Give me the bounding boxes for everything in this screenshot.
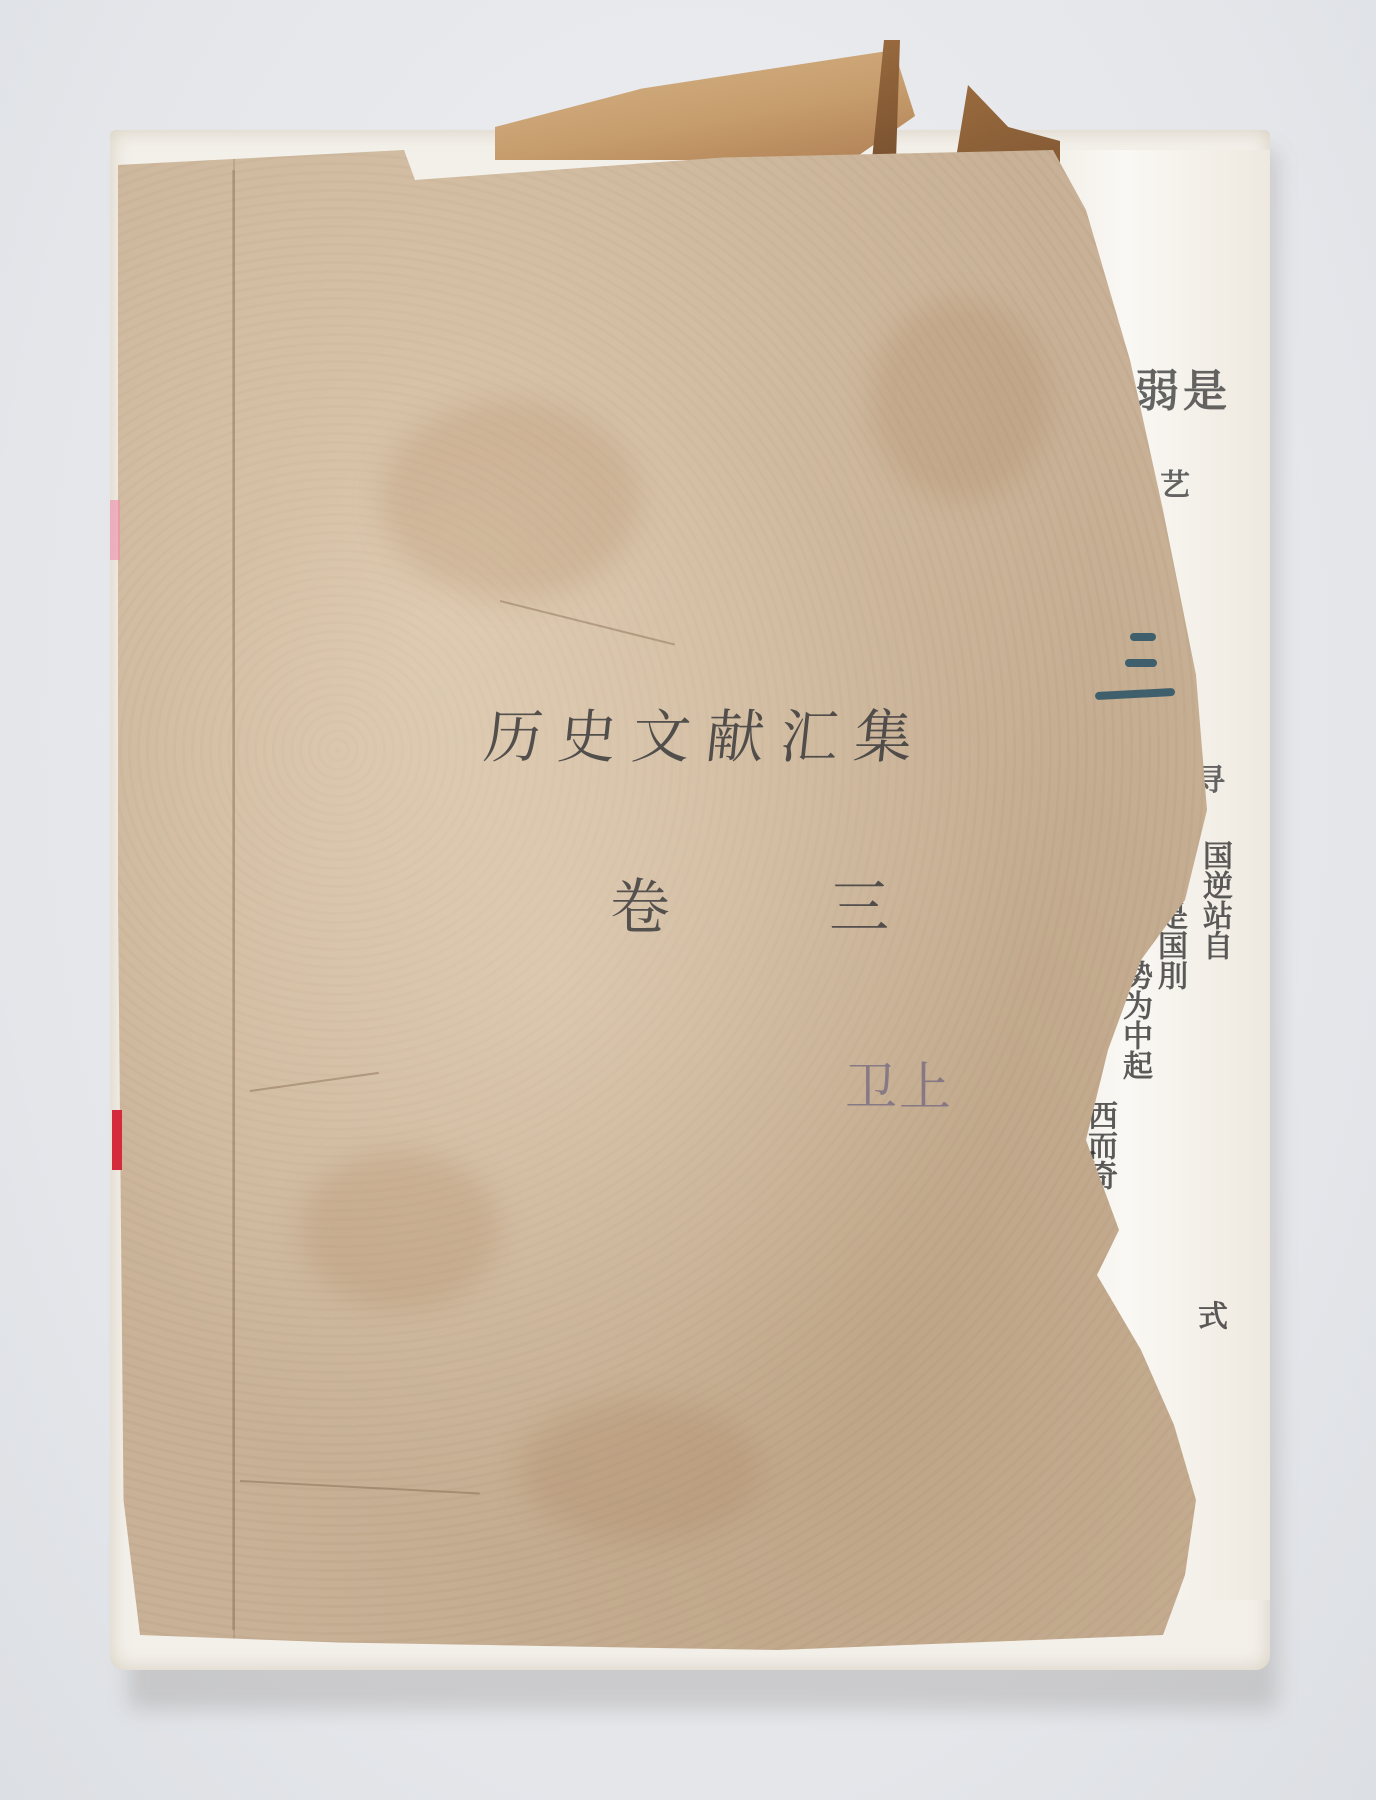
stain — [520, 1400, 760, 1540]
stain — [870, 300, 1050, 500]
blue-numeral-mark — [1095, 615, 1185, 705]
pencil-annotation: 卫上 — [845, 1045, 953, 1120]
handwritten-title: 历史文献汇集 — [481, 690, 934, 774]
handwritten-volume: 卷 三 — [610, 860, 959, 946]
printed-heading: 弱是 — [1135, 355, 1231, 419]
stain — [380, 400, 640, 600]
spine-fold — [232, 170, 235, 1630]
printed-column-1: 国逆站自 — [1195, 840, 1233, 960]
red-edge-mark — [112, 1110, 122, 1170]
stain — [300, 1150, 500, 1310]
printed-column-6: 式 — [1190, 1300, 1228, 1330]
pink-edge-mark — [110, 500, 120, 560]
printed-subheading: 艺 — [1160, 460, 1190, 504]
